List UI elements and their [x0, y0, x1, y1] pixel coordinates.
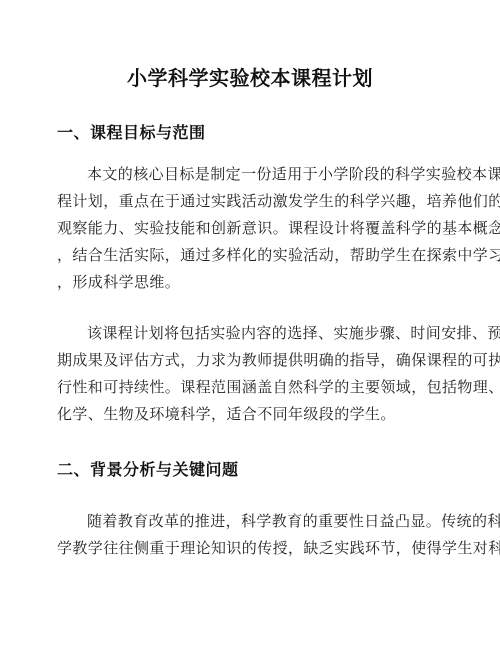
paragraph-line: 随着教育改革的推进，科学教育的重要性日益凸显。传统的科: [57, 508, 441, 535]
paragraph-line: ，结合生活实际，通过多样化的实验活动，帮助学生在探索中学习: [57, 242, 441, 269]
paragraph-2: 该课程计划将包括实验内容的选择、实施步骤、时间安排、预 期成果及评估方式，力求为…: [57, 320, 441, 428]
paragraph-line: 学教学往往侧重于理论知识的传授，缺乏实践环节，使得学生对科: [57, 535, 441, 562]
paragraph-line: ，形成科学思维。: [57, 269, 441, 296]
paragraph-1: 本文的核心目标是制定一份适用于小学阶段的科学实验校本课 程计划，重点在于通过实践…: [57, 161, 441, 296]
paragraph-line: 该课程计划将包括实验内容的选择、实施步骤、时间安排、预: [57, 320, 441, 347]
section-heading-2: 二、背景分析与关键问题: [57, 457, 239, 480]
paragraph-line: 观察能力、实验技能和创新意识。课程设计将覆盖科学的基本概念: [57, 215, 441, 242]
paragraph-line: 行性和可持续性。课程范围涵盖自然科学的主要领域，包括物理、: [57, 374, 441, 401]
document-page: 小学科学实验校本课程计划 一、课程目标与范围 本文的核心目标是制定一份适用于小学…: [0, 0, 500, 647]
paragraph-line: 期成果及评估方式，力求为教师提供明确的指导，确保课程的可执: [57, 347, 441, 374]
document-title: 小学科学实验校本课程计划: [0, 62, 500, 91]
paragraph-line: 化学、生物及环境科学，适合不同年级段的学生。: [57, 401, 441, 428]
paragraph-line: 本文的核心目标是制定一份适用于小学阶段的科学实验校本课: [57, 161, 441, 188]
section-heading-1: 一、课程目标与范围: [57, 120, 206, 143]
paragraph-line: 程计划，重点在于通过实践活动激发学生的科学兴趣，培养他们的: [57, 188, 441, 215]
paragraph-3: 随着教育改革的推进，科学教育的重要性日益凸显。传统的科 学教学往往侧重于理论知识…: [57, 508, 441, 562]
